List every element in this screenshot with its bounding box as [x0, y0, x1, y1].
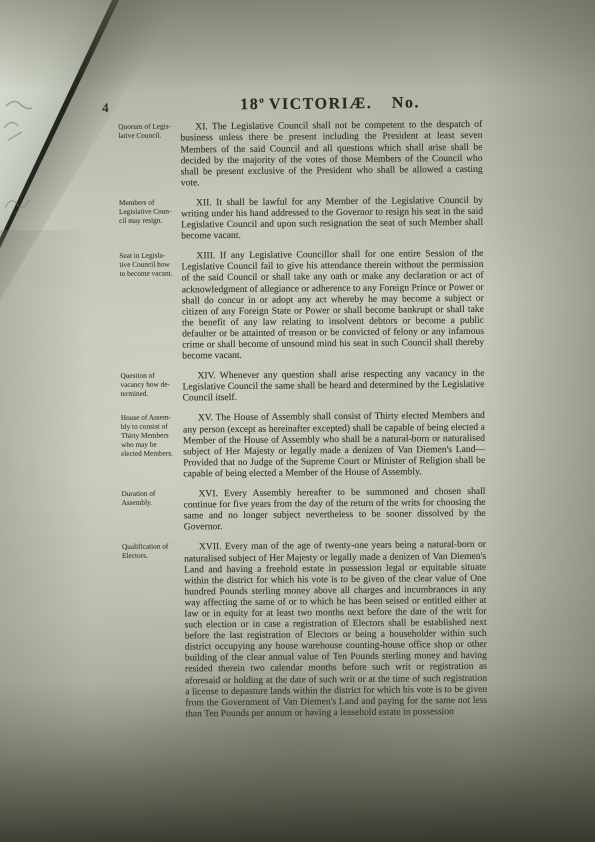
section-xiii: Seat in Legisla- tive Council how to bec… [119, 248, 486, 362]
act-number-label: No. [392, 95, 420, 112]
margin-note: Duration of Assembly. [121, 489, 175, 534]
pencil-scribble [2, 88, 72, 233]
shadow-right [475, 0, 595, 842]
section-paragraph: XIV. Whenever any question shall arise r… [182, 368, 484, 404]
margin-note: House of Assem- bly to consist of Thirty… [121, 413, 176, 480]
section-paragraph: XI. The Legislative Council shall not be… [180, 119, 483, 188]
regnal-year: 18 [240, 96, 259, 113]
margin-note: Members of Legislative Coun- cil may res… [119, 197, 173, 242]
sections: Quorum of Legis- lative Council. XI. The… [118, 119, 489, 720]
margin-note: Seat in Legisla- tive Council how to bec… [119, 251, 174, 362]
regnal-suffix: o [259, 95, 264, 105]
shadow-left [0, 230, 90, 842]
section-paragraph: XVII. Every man of the age of twenty-one… [184, 539, 488, 719]
margin-note: Quorum of Legis- lative Council. [118, 122, 173, 189]
section-xiv: Question of vacancy how de- termined. XI… [120, 368, 486, 404]
section-paragraph: XVI. Every Assembly hereafter to be summ… [183, 486, 485, 533]
section-xvi: Duration of Assembly. XVI. Every Assembl… [121, 486, 487, 534]
running-head-title: VICTORIÆ. [269, 95, 373, 113]
section-xii: Members of Legislative Coun- cil may res… [119, 195, 485, 243]
page-content: 4 18o VICTORIÆ. No. Quorum of Legis- lat… [118, 93, 490, 729]
section-paragraph: XIII. If any Legislative Councillor shal… [181, 248, 484, 362]
section-xvii: Qualification of Electors. XVII. Every m… [122, 539, 490, 720]
running-head: 18o VICTORIÆ. No. [178, 93, 482, 115]
section-xi: Quorum of Legis- lative Council. XI. The… [118, 119, 485, 189]
section-paragraph: XV. The House of Assembly shall consist … [183, 410, 486, 479]
page-number: 4 [102, 100, 109, 116]
margin-note: Question of vacancy how de- termined. [120, 371, 174, 405]
section-paragraph: XII. It shall be lawful for any Member o… [181, 195, 483, 242]
section-xv: House of Assem- bly to consist of Thirty… [121, 410, 488, 480]
margin-note: Qualification of Electors. [122, 542, 178, 720]
scanned-book-page-photo: 4 18o VICTORIÆ. No. Quorum of Legis- lat… [0, 0, 595, 842]
